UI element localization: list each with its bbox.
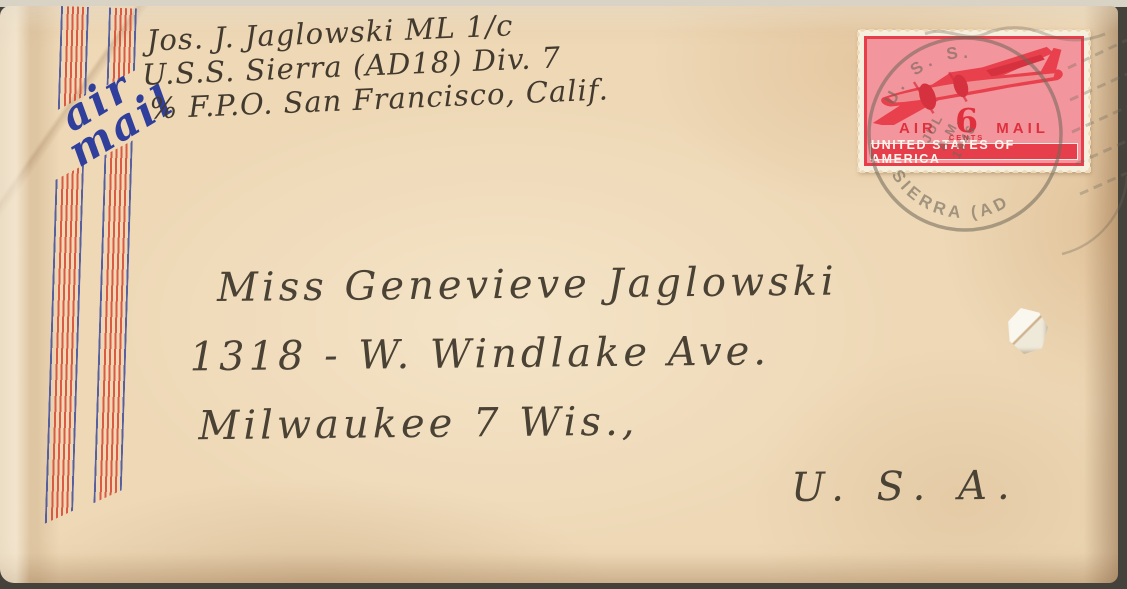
recipient-address: Miss Genevieve Jaglowski 1318 - W. Windl… bbox=[189, 246, 1020, 530]
svg-text:SIERRA (AD: SIERRA (AD bbox=[888, 166, 1014, 222]
recipient-country: U. S. A. bbox=[791, 452, 1020, 523]
postmark-cancel: U. S. S. SIERRA (AD JUL A.M. 1946 bbox=[830, 16, 1127, 266]
postmark-top-arc-text: U. S. S. bbox=[881, 43, 974, 108]
scanned-envelope-photo: { "envelope": { "airmail_label": { "line… bbox=[0, 0, 1127, 589]
return-address: Jos. J. Jaglowski ML 1/c U.S.S. Sierra (… bbox=[146, 4, 609, 126]
recipient-street: 1318 - W. Windlake Ave. bbox=[189, 314, 1018, 391]
envelope-front: air mail Jos. J. Jaglowski ML 1/c U.S.S.… bbox=[0, 6, 1118, 583]
postmark-bottom-arc-text: SIERRA (AD bbox=[888, 166, 1014, 222]
stripe-column-right-bottom bbox=[93, 139, 132, 504]
stripe-column-left-bottom bbox=[45, 164, 84, 525]
svg-text:U. S. S.: U. S. S. bbox=[881, 43, 974, 108]
recipient-city: Milwaukee 7 Wis., bbox=[198, 383, 1019, 460]
